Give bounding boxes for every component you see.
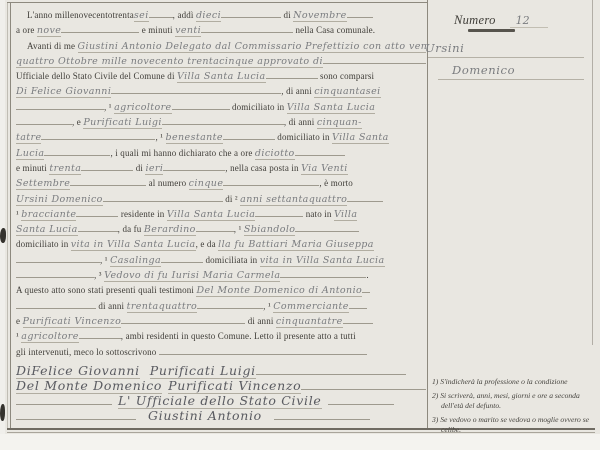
printed-text: , e (72, 117, 83, 127)
printed-text: e minuti (16, 163, 49, 173)
document-line: Ursini Domenico di ² anni settantaquattr… (16, 190, 426, 205)
handwritten-text: cinquantasei (314, 86, 380, 98)
document-line: Ufficiale dello Stato Civile del Comune … (16, 67, 426, 82)
document-line: Santa Lucia, da fu Berardino, ¹ Sbiandol… (16, 220, 426, 235)
blank-field-line (301, 379, 426, 390)
blank-field-line (274, 409, 370, 420)
printed-text: , i quali mi hanno dichiarato che a ore (110, 148, 254, 158)
blank-field-line (347, 7, 373, 18)
printed-text: , addì (173, 10, 196, 20)
blank-field-line (161, 252, 203, 263)
document-line: DiFelice GiovanniPurificati Luigi (16, 363, 426, 378)
document-line: ¹ bracciante residente in Villa Santa Lu… (16, 205, 426, 220)
blank-field-line (255, 206, 303, 217)
blank-field-line (280, 267, 366, 278)
handwritten-text: Villa Santa (332, 132, 389, 144)
handwritten-text: anni settantaquattro (240, 194, 347, 206)
printed-text: di anni (245, 316, 276, 326)
handwritten-text: Berardino (144, 224, 196, 236)
document-line: domiciliato in vita in Villa Santa Lucia… (16, 235, 426, 250)
handwritten-text: Villa Santa Lucia (167, 209, 256, 221)
handwritten-text: benestante (166, 132, 223, 144)
margin-deceased-surname: Ursini (425, 41, 464, 55)
handwritten-text: tatre (16, 132, 41, 144)
handwritten-text: ieri (145, 163, 163, 175)
blank-field-line (323, 53, 426, 64)
printed-text: domiciliata in (203, 255, 260, 265)
document-line: Del Monte DomenicoPurificati Vincenzo (16, 378, 426, 393)
document-line: e minuti trenta di ieri, nella casa post… (16, 159, 426, 174)
blank-field-line (349, 298, 367, 309)
handwritten-text: vita in Villa Santa Lucia (71, 239, 196, 251)
document-line: A questo atto sono stati presenti quali … (16, 281, 426, 296)
printed-text: di anni (96, 301, 127, 311)
handwritten-text: cinquantatre (276, 316, 343, 328)
document-lines: L'anno millenovecentotrentasei, addì die… (16, 6, 426, 423)
blank-field-line (347, 191, 383, 202)
handwritten-text: cinque (189, 178, 224, 190)
document-line: Giustini Antonio (16, 408, 426, 423)
scan-left-edge (0, 0, 5, 450)
footnote-1: 1) S'indicherà la professione o la condi… (432, 377, 600, 388)
blank-field-line (221, 7, 281, 18)
ink-blot (0, 228, 6, 243)
document-line: , e Purificati Luigi, di anni cinquan- (16, 113, 426, 128)
printed-text: , ¹ (155, 132, 165, 142)
blank-field-line (79, 328, 121, 339)
printed-text: residente in (118, 209, 166, 219)
handwritten-text: Via Venti (301, 163, 348, 175)
document-line: Avanti di me Giustini Antonio Delegato d… (16, 37, 426, 52)
handwritten-text: vita in Villa Santa Lucia (260, 255, 385, 267)
printed-text: di (133, 163, 145, 173)
document-line: quattro Ottobre mille novecento trentaci… (16, 52, 426, 67)
numero-row: Numero12 (454, 11, 548, 29)
handwritten-text: Settembre (16, 178, 70, 190)
printed-text: gli intervenuti, meco lo sottoscrivono (16, 347, 159, 357)
printed-text: domiciliato in (16, 239, 71, 249)
footnotes-block: 1) S'indicherà la professione o la condi… (432, 377, 600, 439)
handwritten-text: Sbiandolo (244, 224, 296, 236)
left-margin-rule-inner (10, 2, 11, 430)
blank-field-line (111, 83, 281, 94)
blank-field-line (16, 114, 72, 125)
document-line: tatre, ¹ benestante domiciliato in Villa… (16, 128, 426, 143)
document-line: di anni trentaquattro, ¹ Commerciante (16, 297, 426, 312)
document-line: e Purificati Vincenzo di anni cinquantat… (16, 312, 426, 327)
handwritten-text: bracciante (21, 209, 76, 221)
blank-field-line (16, 394, 112, 405)
blank-field-line (162, 114, 284, 125)
blank-field-line (295, 145, 345, 156)
printed-text: , ambi residenti in questo Comune. Letto… (121, 331, 356, 341)
blank-field-line (41, 129, 155, 140)
blank-field-line (196, 221, 234, 232)
blank-field-line (201, 22, 293, 33)
handwritten-text: Purificati Luigi (150, 363, 256, 379)
handwritten-text: venti (175, 25, 201, 37)
printed-text: domiciliato in (275, 132, 332, 142)
blank-field-line (16, 409, 136, 420)
blank-field-line (295, 221, 359, 232)
printed-text: sono comparsi (318, 71, 375, 81)
blank-field-line (149, 7, 173, 18)
handwritten-text: L' Ufficiale dello Stato Civile (118, 393, 322, 409)
document-line: Settembre al numero cinque, è morto (16, 174, 426, 189)
printed-text: e (16, 316, 23, 326)
blank-field-line (70, 175, 146, 186)
document-line: a ore nove e minuti venti nella Casa com… (16, 21, 426, 36)
gap (136, 410, 148, 420)
handwritten-text: quattro Ottobre mille novecento trentaci… (16, 56, 323, 68)
printed-text: , ¹ (100, 255, 110, 265)
printed-text: nato in (303, 209, 334, 219)
handwritten-text: Di Felice Giovanni (16, 86, 111, 98)
handwritten-text: trenta (49, 163, 81, 175)
handwritten-text: cinquan- (317, 117, 362, 129)
printed-text: , è morto (319, 178, 353, 188)
blank-field-line (172, 99, 230, 110)
printed-text: al numero (146, 178, 188, 188)
handwritten-text: Casalinga (110, 255, 161, 267)
printed-text: , da fu (118, 224, 144, 234)
left-margin-rule-outer (7, 2, 8, 430)
blank-field-line (61, 22, 139, 33)
printed-text: A questo atto sono stati presenti quali … (16, 285, 196, 295)
document-line: L' Ufficiale dello Stato Civile (16, 393, 426, 408)
printed-text: L'anno millenovecentotrenta (27, 10, 134, 20)
blank-field-line (223, 129, 275, 140)
document-line: , ³ Vedovo di fu Iurisi Maria Carmela. (16, 266, 426, 281)
printed-text: , di anni (284, 117, 317, 127)
printed-text: , ¹ (234, 224, 244, 234)
blank-field-line (362, 282, 370, 293)
gap (140, 365, 150, 375)
document-line: L'anno millenovecentotrentasei, addì die… (16, 6, 426, 21)
printed-text: , e da (196, 239, 219, 249)
blank-field-line (44, 145, 110, 156)
document-line: , ¹ Casalinga domiciliata in vita in Vil… (16, 251, 426, 266)
document-line: gli intervenuti, meco lo sottoscrivono (16, 343, 426, 358)
blank-field-line (159, 344, 367, 355)
printed-text: di (281, 10, 293, 20)
handwritten-text: Novembre (293, 10, 346, 22)
printed-text: , di anni (281, 86, 314, 96)
printed-text: , ³ (94, 270, 104, 280)
margin-rule-2 (438, 79, 584, 80)
document-line: , ¹ agricoltore domiciliato in Villa San… (16, 98, 426, 113)
handwritten-text: lla fu Battiari Maria Giuseppa (218, 239, 374, 251)
handwritten-text: Giustini Antonio Delegato dal Commissari… (78, 41, 426, 53)
blank-field-line (197, 298, 263, 309)
footnote-2: 2) Si scriverà, anni, mesi, giorni e ore… (432, 391, 600, 412)
blank-field-line (16, 267, 94, 278)
blank-field-line (16, 298, 96, 309)
footnote-3: 3) Se vedovo o marito se vedova o moglie… (432, 415, 600, 436)
handwritten-text: agricoltore (114, 102, 172, 114)
numero-label: Numero (454, 13, 496, 27)
handwritten-text: Lucia (16, 148, 44, 160)
handwritten-text: agricoltore (21, 331, 79, 343)
handwritten-text: nove (37, 25, 61, 37)
margin-column: Numero12 Ursini Domenico 1) S'indicherà … (428, 0, 596, 434)
handwritten-text: diciotto (255, 148, 295, 160)
printed-text: a ore (16, 25, 37, 35)
printed-text: , ¹ (104, 102, 114, 112)
blank-field-line (76, 206, 118, 217)
numero-underline-dash (468, 29, 515, 32)
handwritten-text: Santa Lucia (16, 224, 78, 236)
handwritten-text: Del Monte Domenico di Antonio (196, 285, 362, 297)
blank-field-line (121, 313, 245, 324)
printed-text: nella Casa comunale. (293, 25, 375, 35)
handwritten-text: Purificati Luigi (83, 117, 162, 129)
numero-value: 12 (510, 14, 548, 28)
printed-text: Ufficiale dello Stato Civile del Comune … (16, 71, 177, 81)
blank-field-line (78, 221, 118, 232)
printed-text: , ¹ (263, 301, 273, 311)
blank-field-line (223, 175, 319, 186)
printed-text: e minuti (139, 25, 175, 35)
handwritten-text: Commerciante (273, 301, 349, 313)
handwritten-text: trentaquattro (127, 301, 198, 313)
gap (262, 410, 274, 420)
handwritten-text: Villa (334, 209, 357, 221)
document-line: Di Felice Giovanni, di anni cinquantasei (16, 82, 426, 97)
handwritten-text: DiFelice Giovanni (16, 363, 140, 379)
handwritten-text: Purificati Vincenzo (23, 316, 122, 328)
ink-blot (0, 404, 5, 421)
blank-field-line (256, 364, 406, 375)
handwritten-text: sei (134, 10, 149, 22)
document-line: ¹ agricoltore, ambi residenti in questo … (16, 327, 426, 342)
printed-text: , nella casa posta in (225, 163, 301, 173)
blank-field-line (103, 191, 223, 202)
blank-field-line (16, 99, 104, 110)
handwritten-text: Villa Santa Lucia (287, 102, 376, 114)
margin-deceased-firstname: Domenico (452, 63, 515, 77)
blank-field-line (328, 394, 394, 405)
blank-field-line (163, 160, 225, 171)
printed-text: Avanti di me (27, 41, 78, 51)
handwritten-text: Vedovo di fu Iurisi Maria Carmela (104, 270, 280, 282)
handwritten-text: Purificati Vincenzo (168, 378, 301, 394)
handwritten-text: Ursini Domenico (16, 194, 103, 206)
printed-text: . (366, 270, 368, 280)
handwritten-text: Giustini Antonio (148, 408, 262, 423)
document-line: Lucia, i quali mi hanno dichiarato che a… (16, 144, 426, 159)
handwritten-text: Villa Santa Lucia (177, 71, 266, 83)
margin-rule-1 (428, 57, 584, 58)
handwritten-text: Del Monte Domenico (16, 378, 162, 394)
top-border-rule (7, 2, 428, 3)
blank-field-line (343, 313, 373, 324)
blank-field-line (81, 160, 133, 171)
printed-text: di ² (223, 194, 240, 204)
printed-text: domiciliato in (230, 102, 287, 112)
handwritten-text: dieci (196, 10, 221, 22)
blank-field-line (16, 252, 100, 263)
blank-field-line (266, 68, 318, 79)
